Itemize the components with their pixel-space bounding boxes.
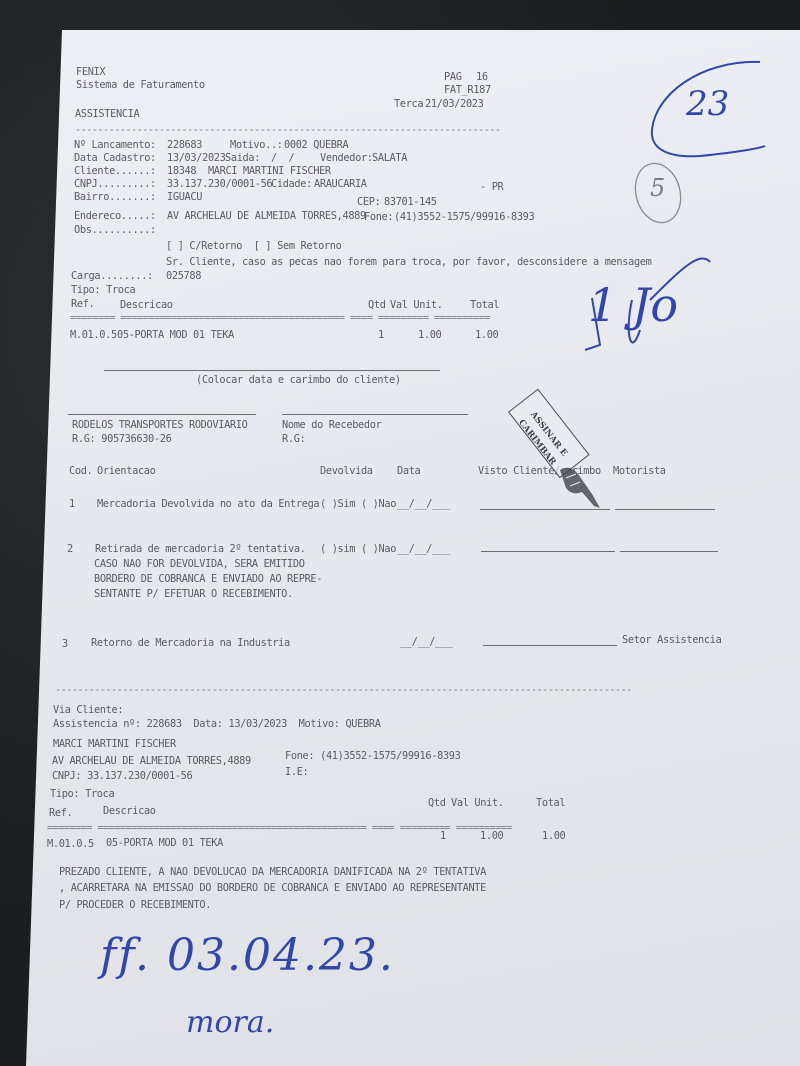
handwritten-number: 23 xyxy=(686,84,729,124)
handwritten-small-number: 5 xyxy=(650,174,665,202)
handwritten-annotations xyxy=(0,0,800,1066)
handwritten-signature: mora. xyxy=(186,1005,274,1040)
handwritten-date: ff. 03.04.23. xyxy=(100,930,395,981)
handwritten-mark: 1 Jo xyxy=(588,278,678,332)
